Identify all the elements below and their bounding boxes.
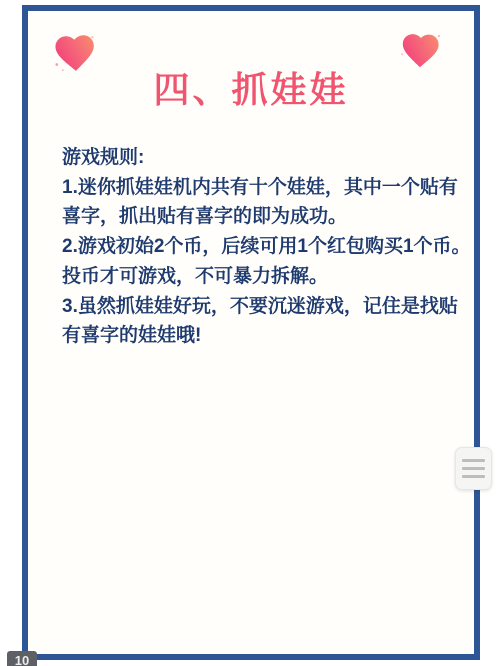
rules-line: 有喜字的娃娃哦!: [62, 321, 462, 351]
page-title: 四、抓娃娃: [22, 62, 480, 113]
page-number-badge: 10: [7, 651, 37, 666]
page: 四、抓娃娃 游戏规则: 1.迷你抓娃娃机内共有十个娃娃，其中一个贴有 喜字，抓出…: [0, 0, 500, 666]
rules-line: 2.游戏初始2个币，后续可用1个红包购买1个币。: [62, 232, 462, 262]
rules-line: 投币才可游戏，不可暴力拆解。: [62, 262, 462, 292]
rules-heading: 游戏规则:: [62, 143, 462, 173]
rules-line: 1.迷你抓娃娃机内共有十个娃娃，其中一个贴有: [62, 173, 462, 203]
rules-text: 游戏规则: 1.迷你抓娃娃机内共有十个娃娃，其中一个贴有 喜字，抓出贴有喜字的即…: [62, 143, 462, 351]
rules-line: 喜字，抓出贴有喜字的即为成功。: [62, 202, 462, 232]
hamburger-icon: [462, 459, 485, 478]
drag-handle[interactable]: [455, 447, 492, 490]
rules-line: 3.虽然抓娃娃好玩，不要沉迷游戏，记住是找贴: [62, 292, 462, 322]
